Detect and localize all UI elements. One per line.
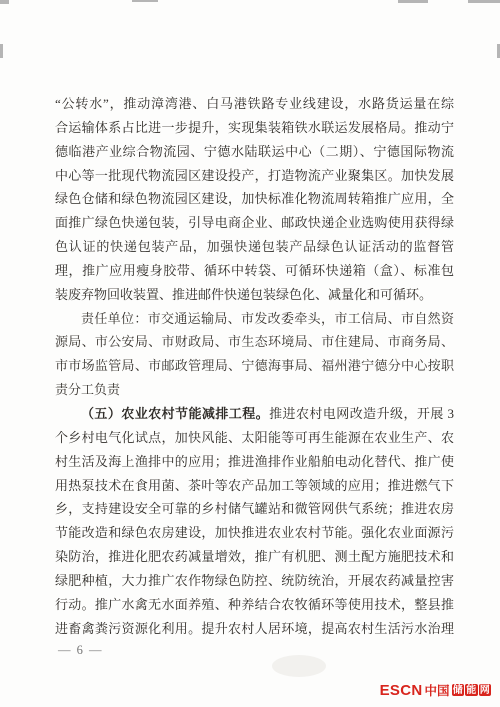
scan-artifact xyxy=(468,0,500,3)
text-line: 个乡村电气化试点，加快风能、太阳能等可再生能源在农业生产、农 xyxy=(55,426,454,450)
escn-logo: ESCN 中国 储 能 网 xyxy=(380,681,491,699)
document-body: “公转水”，推动漳湾港、白马港铁路专业线建设，水路货运量在综合运输体系占比进一步… xyxy=(55,92,454,640)
paragraph-continuation: “公转水”，推动漳湾港、白马港铁路专业线建设，水路货运量在综合运输体系占比进一步… xyxy=(55,92,454,307)
paragraph-responsibility: 责任单位：市交通运输局、市发改委牵头，市工信局、市自然资源局、市公安局、市财政局… xyxy=(55,307,454,402)
escn-logo-tile: 储 xyxy=(452,684,465,697)
section-5-heading: （五）农业农村节能减排工程。 xyxy=(81,406,269,421)
scan-artifact xyxy=(132,0,158,2)
text-line: 装废弃物回收装置、推进邮件快递包装绿色化、减量化和可循环。 xyxy=(55,283,454,307)
scan-artifact xyxy=(0,0,9,4)
text-line: 责任单位：市交通运输局、市发改委牵头，市工信局、市自然资 xyxy=(55,307,454,331)
paragraph-section-5: （五）农业农村节能减排工程。推进农村电网改造升级，开展 3 个乡村电气化试点，加… xyxy=(55,402,454,640)
text-line: 染防治，推进化肥农药减量增效，推广有机肥、测土配方施肥技术和 xyxy=(55,545,454,569)
escn-logo-cjk-prefix: 中国 xyxy=(424,681,449,699)
escn-logo-tile: 能 xyxy=(465,684,478,697)
scan-artifact xyxy=(0,44,3,58)
text-line: 行动。推广水禽无水面养殖、种养结合农牧循环等使用技术，整县推 xyxy=(55,593,454,617)
page-number: — 6 — xyxy=(58,643,103,658)
scan-artifact xyxy=(398,0,428,3)
text-line: 色认证的快递包装产品，加强快递包装产品绿色认证活动的监督管 xyxy=(55,235,454,259)
document-page: “公转水”，推动漳湾港、白马港铁路专业线建设，水路货运量在综合运输体系占比进一步… xyxy=(0,0,500,707)
section-5-heading-rest: 推进农村电网改造升级，开展 3 xyxy=(269,406,454,421)
escn-logo-latin: ESCN xyxy=(380,682,423,699)
escn-logo-tiles: 储 能 网 xyxy=(451,684,492,697)
text-line: 合运输体系占比进一步提升，实现集装箱铁水联运发展格局。推动宁 xyxy=(55,116,454,140)
text-line: 理，推广应用瘦身胶带、循环中转袋、可循环快递箱（盒）、标准包 xyxy=(55,259,454,283)
text-line: 德临港产业综合物流园、宁德水陆联运中心（二期）、宁德国际物流 xyxy=(55,140,454,164)
text-line: 源局、市公安局、市财政局、市生态环境局、市住建局、市商务局、 xyxy=(55,330,454,354)
text-line: 面推广绿色快递包装，引导电商企业、邮政快递企业选购使用获得绿 xyxy=(55,211,454,235)
text-line: 绿色仓储和绿色物流园区建设，加快标准化物流周转箱推广应用，全 xyxy=(55,187,454,211)
text-line: 绿肥种植，大力推广农作物绿色防控、统防统治，开展农药减量控害 xyxy=(55,569,454,593)
text-line: 中心等一批现代物流园区建设投产，打造物流产业聚集区。加快发展 xyxy=(55,164,454,188)
text-line: 村生活及海上渔排中的应用；推进渔排作业船舶电动化替代、推广使 xyxy=(55,450,454,474)
section-5-heading-line: （五）农业农村节能减排工程。推进农村电网改造升级，开展 3 xyxy=(55,402,454,426)
text-line: 进畜禽粪污资源化利用。提升农村人居环境，提高农村生活污水治理 xyxy=(55,617,454,641)
text-line: 节能改造和绿色农房建设，加快推进农业农村节能。强化农业面源污 xyxy=(55,521,454,545)
text-line: 用热泵技术在食用菌、茶叶等农产品加工等领域的应用；推进燃气下 xyxy=(55,474,454,498)
scan-artifact xyxy=(272,655,326,677)
escn-logo-tile: 网 xyxy=(479,684,492,697)
text-line: “公转水”，推动漳湾港、白马港铁路专业线建设，水路货运量在综 xyxy=(55,92,454,116)
text-line: 市市场监管局、市邮政管理局、宁德海事局、福州港宁德分中心按职 xyxy=(55,354,454,378)
text-line: 责分工负责 xyxy=(55,378,454,402)
text-line: 乡，支持建设安全可靠的乡村储气罐站和微管网供气系统；推进农房 xyxy=(55,497,454,521)
